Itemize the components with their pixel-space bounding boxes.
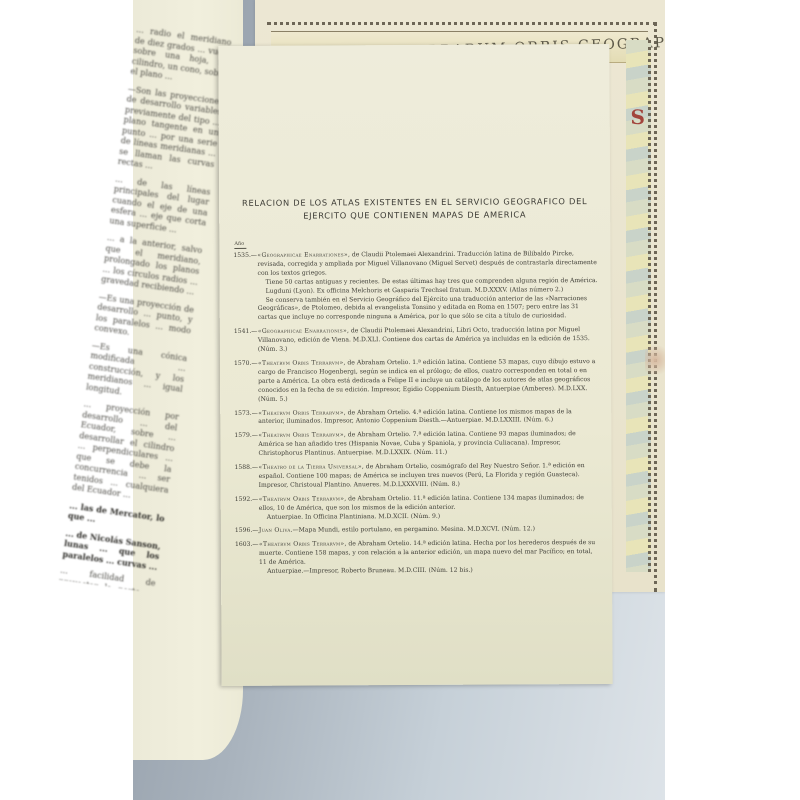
entry-paragraph: Juan Oliva.—Mapa Mundi, estilo portulano… <box>259 526 600 537</box>
entry-work-title: Juan Oliva <box>259 527 291 534</box>
entry-paragraph: «Geographicae Enarrationis», de Claudii … <box>258 326 599 355</box>
entry-year: 1573.— <box>234 409 258 418</box>
right-white-background <box>665 0 800 800</box>
entry-paragraph: «Theatrvm Orbis Terrarvm», de Abraham Or… <box>258 408 599 428</box>
entry-work-title: «Theatrvm Orbis Terrarvm» <box>259 495 345 502</box>
left-page-paragraph: ... de las líneas principales del lugar … <box>109 174 211 239</box>
year-column-header: Año <box>234 241 244 247</box>
left-page-paragraph: ... de Nicolás Sanson, lunas ... que los… <box>62 528 161 573</box>
entry-year: 1541.— <box>234 328 258 337</box>
page-title-line-1: RELACION DE LOS ATLAS EXISTENTES EN EL S… <box>227 195 602 210</box>
atlas-entry: 1596.—Juan Oliva.—Mapa Mundi, estilo por… <box>235 526 600 537</box>
entry-year: 1603.— <box>235 541 259 550</box>
atlas-entry: 1592.—«Theatrvm Orbis Terrarvm», de Abra… <box>235 494 600 523</box>
entry-year: 1535.— <box>233 252 257 261</box>
entry-paragraph: «Theatrvm Orbis Terrarvm», de Abraham Or… <box>259 494 600 514</box>
map-stain <box>645 340 665 380</box>
document-page: RELACION DE LOS ATLAS EXISTENTES EN EL S… <box>218 44 612 686</box>
entry-year: 1596.— <box>235 527 259 536</box>
page-title: RELACION DE LOS ATLAS EXISTENTES EN EL S… <box>227 195 602 223</box>
entry-paragraph: Se conserva también en el Servicio Geogr… <box>258 295 599 324</box>
atlas-entry-list: 1535.—«Geographicae Enarrationes», de Cl… <box>233 250 600 582</box>
entry-paragraph: «Theatrvm Orbis Terrarvm», de Abraham Or… <box>258 358 599 404</box>
entry-work-title: «Theatrvm Orbis Terrarvm» <box>258 359 344 366</box>
entry-paragraph: «Theatrvm Orbis Terrarvm», de Abraham Or… <box>259 539 600 568</box>
entry-year: 1588.— <box>235 464 259 473</box>
entry-paragraph: «Theatrvm Orbis Terrarvm», de Abraham Or… <box>258 430 599 459</box>
atlas-entry: 1541.—«Geographicae Enarrationis», de Cl… <box>234 326 599 355</box>
atlas-entry: 1588.—«Theatro de la Tierra Universal», … <box>235 462 600 491</box>
entry-work-title: «Geographicae Enarrationis» <box>258 328 347 335</box>
left-page-paragraph: —Es una proyección de desarrollo ... pun… <box>94 292 195 347</box>
entry-work-title: «Theatrvm Orbis Terrarvm» <box>258 432 344 439</box>
page-title-line-2: EJERCITO QUE CONTIENEN MAPAS DE AMERICA <box>227 208 602 223</box>
atlas-entry: 1535.—«Geographicae Enarrationes», de Cl… <box>233 250 598 323</box>
entry-paragraph: «Theatro de la Tierra Universal», de Abr… <box>259 462 600 491</box>
atlas-entry: 1570.—«Theatrvm Orbis Terrarvm», de Abra… <box>234 358 599 404</box>
left-page-paragraph: ... proyección por desarrollo ... del Ec… <box>71 399 179 506</box>
left-page-paragraph: —Son las proyecciones de desarrollo vari… <box>117 84 224 181</box>
entry-year: 1592.— <box>235 496 259 505</box>
atlas-entry: 1579.—«Theatrvm Orbis Terrarvm», de Abra… <box>234 430 599 459</box>
left-page-paragraph: ... a la anterior, salvo que el meridian… <box>100 233 202 298</box>
map-red-initial: S <box>631 105 645 129</box>
entry-paragraph: Antuerpiae. In Officina Plantiniana. M.D… <box>259 512 600 523</box>
entry-work-title: «Theatro de la Tierra Universal» <box>259 463 362 471</box>
year-column-rule <box>234 248 246 249</box>
entry-work-title: «Theatrvm Orbis Terrarvm» <box>259 541 345 548</box>
atlas-entry: 1603.—«Theatrvm Orbis Terrarvm», de Abra… <box>235 539 600 577</box>
entry-year: 1579.— <box>234 432 258 441</box>
entry-paragraph: Antuerpiae.—Impresor, Roberto Bruneau. M… <box>259 566 600 577</box>
left-page-paragraph: —Es una cónica modificada ... construcci… <box>85 340 187 405</box>
left-book-page: ... radio el meridiano de diez grados ..… <box>0 0 235 800</box>
atlas-entry: 1573.—«Theatrvm Orbis Terrarvm», de Abra… <box>234 408 599 428</box>
entry-work-title: «Geographicae Enarrationes» <box>257 251 348 258</box>
entry-work-title: «Theatrvm Orbis Terrarvm» <box>258 409 344 416</box>
entry-paragraph: «Geographicae Enarrationes», de Claudii … <box>257 250 598 279</box>
entry-year: 1570.— <box>234 360 258 369</box>
